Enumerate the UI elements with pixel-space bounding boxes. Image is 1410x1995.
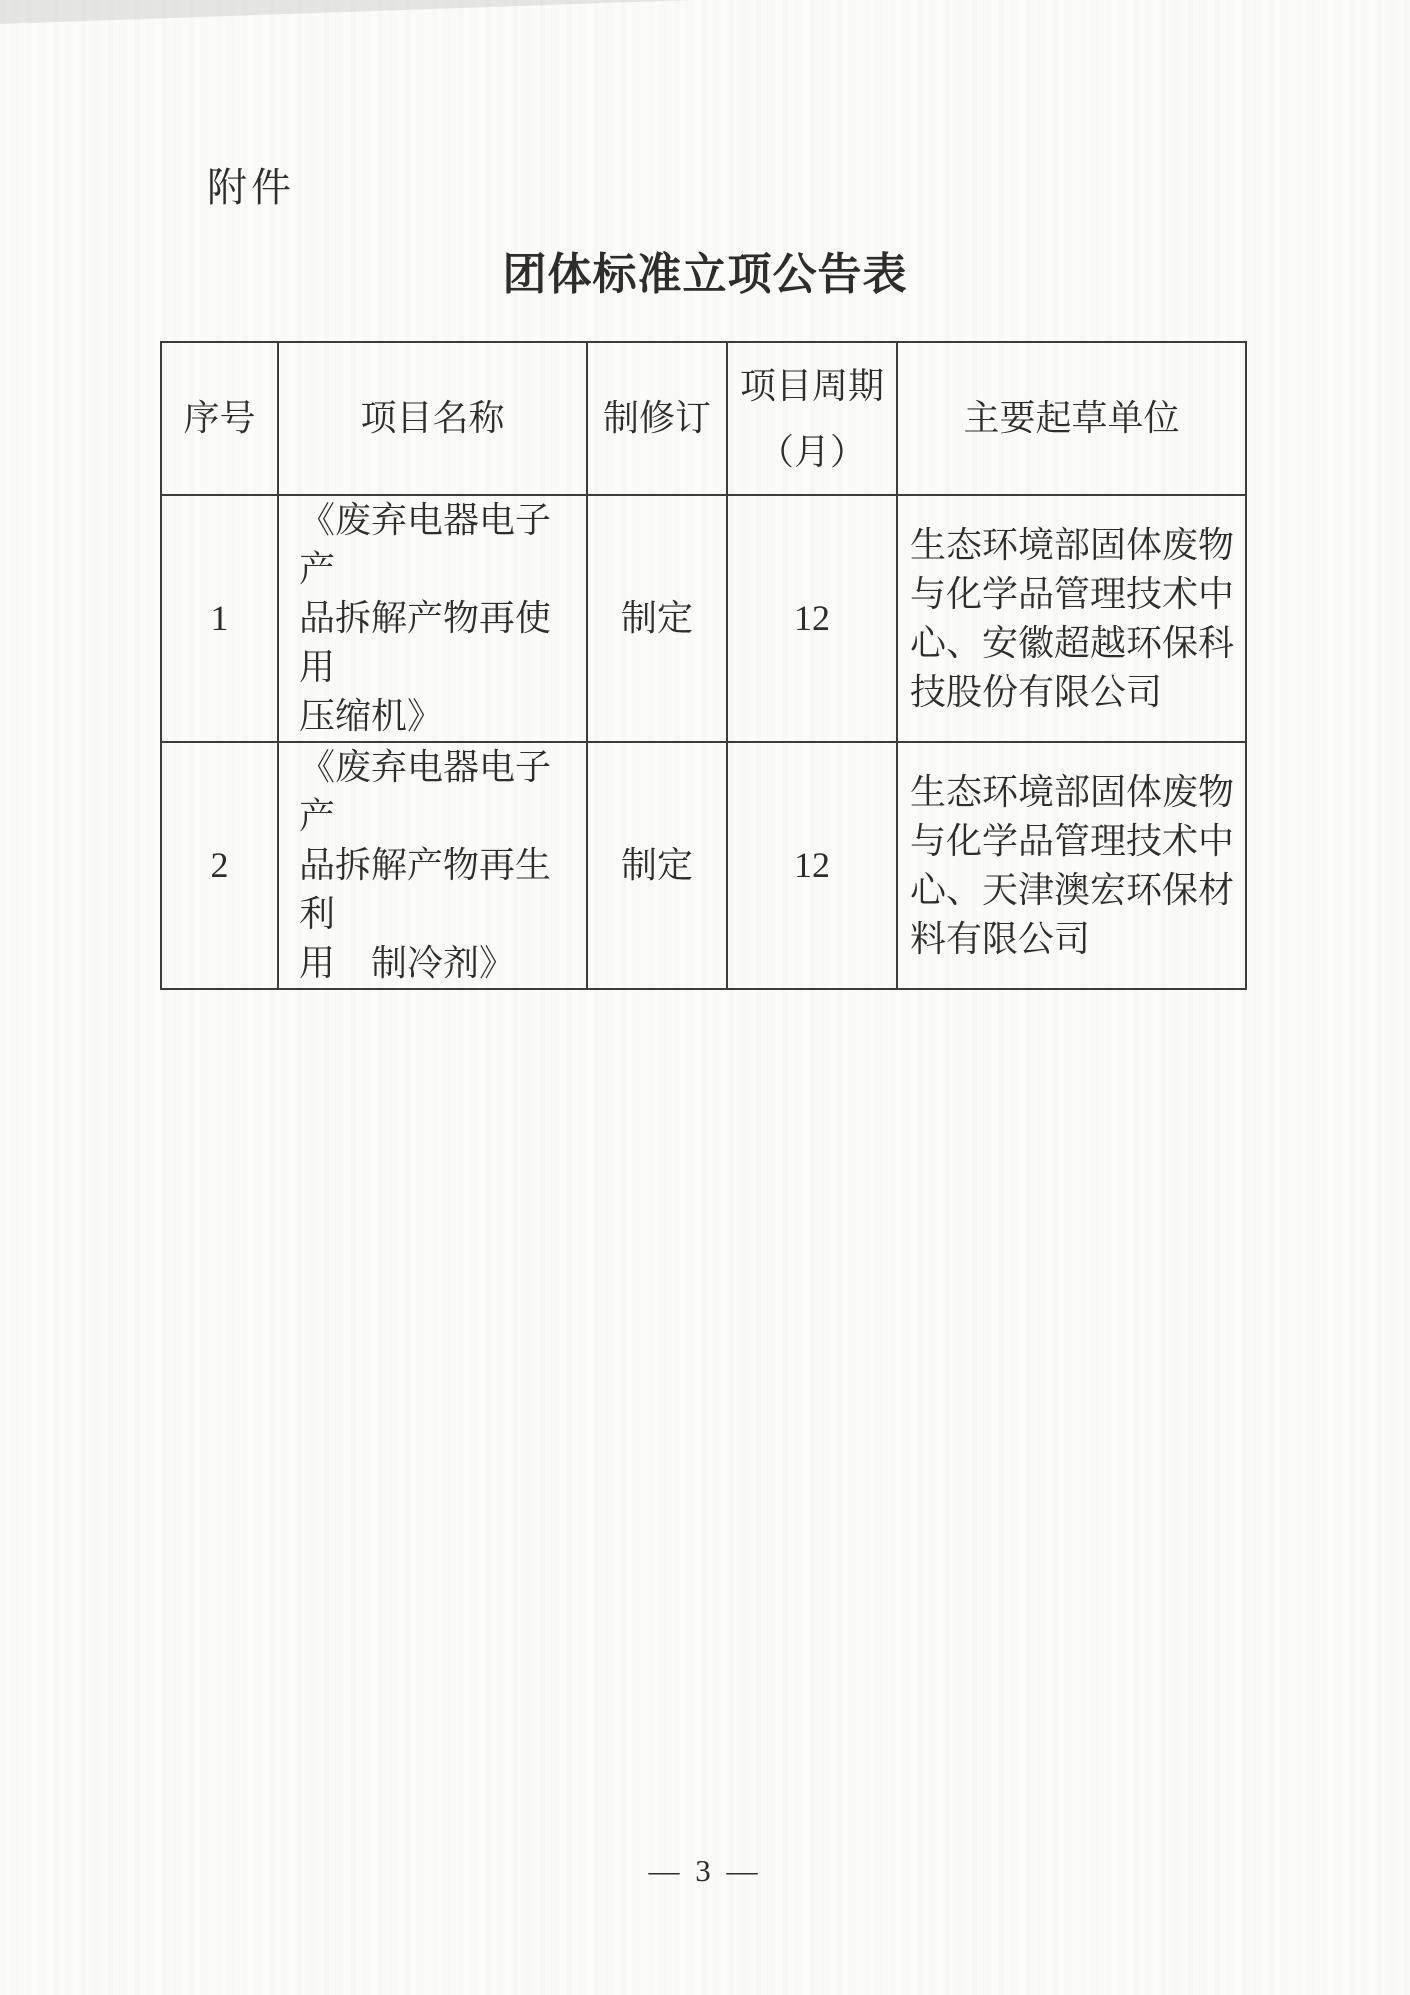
scan-top-edge xyxy=(0,0,1410,24)
cell-main-drafting-org: 生态环境部固体废物 与化学品管理技术中 心、安徽超越环保科 技股份有限公司 xyxy=(897,495,1246,742)
header-main-drafting-org: 主要起草单位 xyxy=(897,342,1246,495)
cell-project-name: 《废弃电器电子产 品拆解产物再使用 压缩机》 xyxy=(278,495,587,742)
cell-project-period-months: 12 xyxy=(727,495,897,742)
project-announcement-table: 序号 项目名称 制修订 项目周期 （月） 主要起草单位 1 《废弃电器电子产 品… xyxy=(160,341,1247,990)
document-page: 附件 团体标准立项公告表 序号 项目名称 制修订 项目周期 （月） 主要起草单位… xyxy=(0,0,1410,1995)
cell-project-period-months: 12 xyxy=(727,742,897,989)
header-serial-number: 序号 xyxy=(161,342,278,495)
table-header-row: 序号 项目名称 制修订 项目周期 （月） 主要起草单位 xyxy=(161,342,1246,495)
document-title: 团体标准立项公告表 xyxy=(0,238,1410,302)
header-project-name: 项目名称 xyxy=(278,342,587,495)
cell-revision-type: 制定 xyxy=(587,495,727,742)
header-project-period-months: 项目周期 （月） xyxy=(727,342,897,495)
cell-serial-number: 1 xyxy=(161,495,278,742)
attachment-label: 附件 xyxy=(207,166,295,210)
header-revision-type: 制修订 xyxy=(587,342,727,495)
cell-project-name: 《废弃电器电子产 品拆解产物再生利 用 制冷剂》 xyxy=(278,742,587,989)
table-row: 1 《废弃电器电子产 品拆解产物再使用 压缩机》 制定 12 生态环境部固体废物… xyxy=(161,495,1246,742)
cell-main-drafting-org: 生态环境部固体废物 与化学品管理技术中 心、天津澳宏环保材 料有限公司 xyxy=(897,742,1246,989)
cell-serial-number: 2 xyxy=(161,742,278,989)
cell-revision-type: 制定 xyxy=(587,742,727,989)
table-row: 2 《废弃电器电子产 品拆解产物再生利 用 制冷剂》 制定 12 生态环境部固体… xyxy=(161,742,1246,989)
page-number: — 3 — xyxy=(0,1853,1410,1889)
